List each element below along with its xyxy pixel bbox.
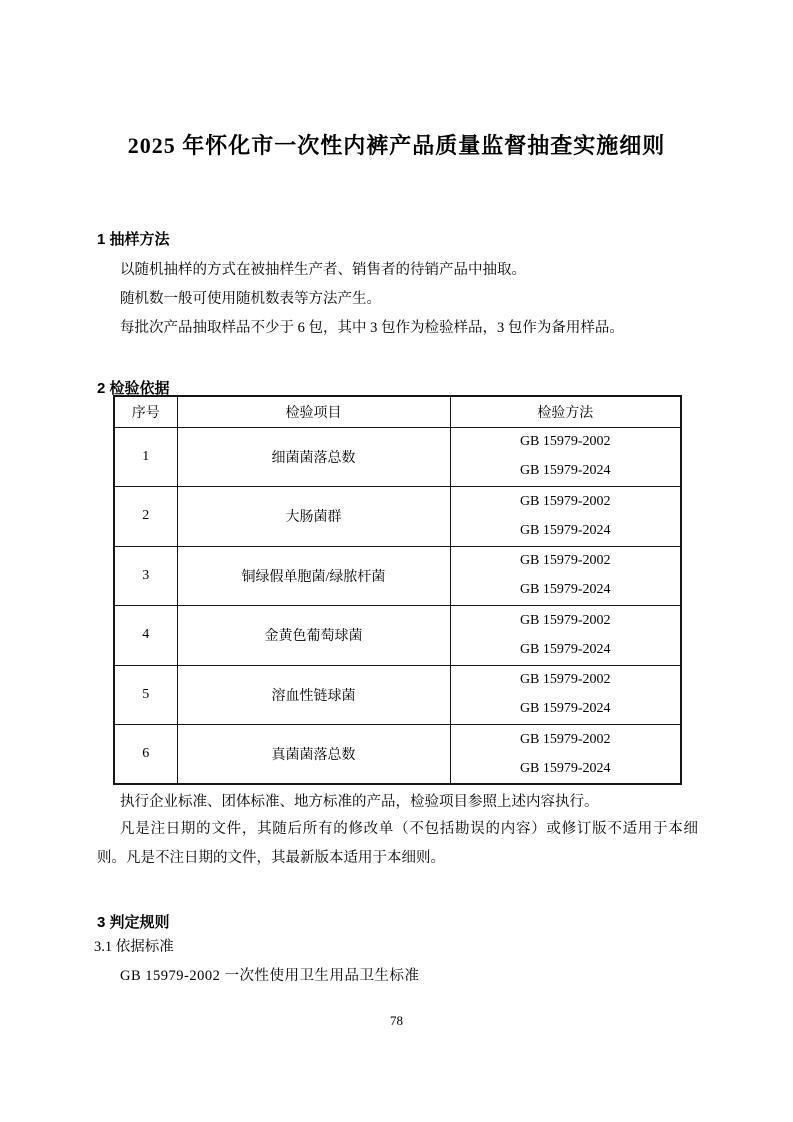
table-row: 4 金黄色葡萄球菌 GB 15979-2002 GB 15979-2024 [114, 606, 681, 666]
method-standard: GB 15979-2024 [451, 701, 681, 717]
row-methods: GB 15979-2002 GB 15979-2024 [450, 665, 681, 725]
inspection-basis-table: 序号 检验项目 检验方法 1 细菌菌落总数 GB 15979-2002 GB 1… [113, 395, 682, 785]
table-row: 1 细菌菌落总数 GB 15979-2002 GB 15979-2024 [114, 427, 681, 487]
row-item: 溶血性链球菌 [177, 665, 450, 725]
sampling-paragraph-1: 以随机抽样的方式在被抽样生产者、销售者的待销产品中抽取。 [97, 260, 698, 280]
row-methods: GB 15979-2002 GB 15979-2024 [450, 606, 681, 666]
row-item: 铜绿假单胞菌/绿脓杆菌 [177, 546, 450, 606]
sampling-paragraph-2: 随机数一般可使用随机数表等方法产生。 [97, 289, 698, 309]
table-header-item: 检验项目 [177, 396, 450, 427]
section-1-heading: 1 抽样方法 [97, 228, 170, 249]
method-standard: GB 15979-2024 [451, 642, 681, 658]
row-item: 金黄色葡萄球菌 [177, 606, 450, 666]
section-3-subheading: 3.1 依据标准 [94, 937, 695, 957]
method-standard: GB 15979-2024 [451, 761, 681, 777]
method-standard: GB 15979-2002 [451, 553, 681, 569]
document-page: 2025 年怀化市一次性内裤产品质量监督抽查实施细则 1 抽样方法 以随机抽样的… [0, 0, 793, 1122]
row-no: 3 [114, 546, 177, 606]
row-methods: GB 15979-2002 GB 15979-2024 [450, 546, 681, 606]
table-header-row: 序号 检验项目 检验方法 [114, 396, 681, 427]
basis-note-2: 凡是注日期的文件，其随后所有的修改单（不包括勘误的内容）或修订版不适用于本细则。… [97, 815, 698, 873]
method-standard: GB 15979-2024 [451, 582, 681, 598]
row-no: 1 [114, 427, 177, 487]
page-number: 78 [0, 1013, 793, 1029]
row-item: 细菌菌落总数 [177, 427, 450, 487]
table-row: 5 溶血性链球菌 GB 15979-2002 GB 15979-2024 [114, 665, 681, 725]
method-standard: GB 15979-2002 [451, 732, 681, 748]
method-standard: GB 15979-2002 [451, 672, 681, 688]
sampling-paragraph-3: 每批次产品抽取样品不少于 6 包，其中 3 包作为检验样品，3 包作为备用样品。 [97, 318, 698, 338]
row-no: 2 [114, 487, 177, 547]
row-no: 6 [114, 725, 177, 785]
table-header-method: 检验方法 [450, 396, 681, 427]
method-standard: GB 15979-2024 [451, 463, 681, 479]
row-methods: GB 15979-2002 GB 15979-2024 [450, 487, 681, 547]
method-standard: GB 15979-2002 [451, 613, 681, 629]
row-item: 真菌菌落总数 [177, 725, 450, 785]
section-3-heading: 3 判定规则 [97, 911, 170, 932]
row-item: 大肠菌群 [177, 487, 450, 547]
table-row: 6 真菌菌落总数 GB 15979-2002 GB 15979-2024 [114, 725, 681, 785]
table-header-no: 序号 [114, 396, 177, 427]
document-title: 2025 年怀化市一次性内裤产品质量监督抽查实施细则 [0, 129, 793, 160]
table-row: 2 大肠菌群 GB 15979-2002 GB 15979-2024 [114, 487, 681, 547]
row-no: 4 [114, 606, 177, 666]
table-row: 3 铜绿假单胞菌/绿脓杆菌 GB 15979-2002 GB 15979-202… [114, 546, 681, 606]
row-methods: GB 15979-2002 GB 15979-2024 [450, 427, 681, 487]
row-methods: GB 15979-2002 GB 15979-2024 [450, 725, 681, 785]
basis-note-1: 执行企业标准、团体标准、地方标准的产品，检验项目参照上述内容执行。 [97, 792, 698, 812]
method-standard: GB 15979-2024 [451, 523, 681, 539]
method-standard: GB 15979-2002 [451, 494, 681, 510]
basis-standard-line: GB 15979-2002 一次性使用卫生用品卫生标准 [120, 966, 721, 986]
row-no: 5 [114, 665, 177, 725]
method-standard: GB 15979-2002 [451, 434, 681, 450]
